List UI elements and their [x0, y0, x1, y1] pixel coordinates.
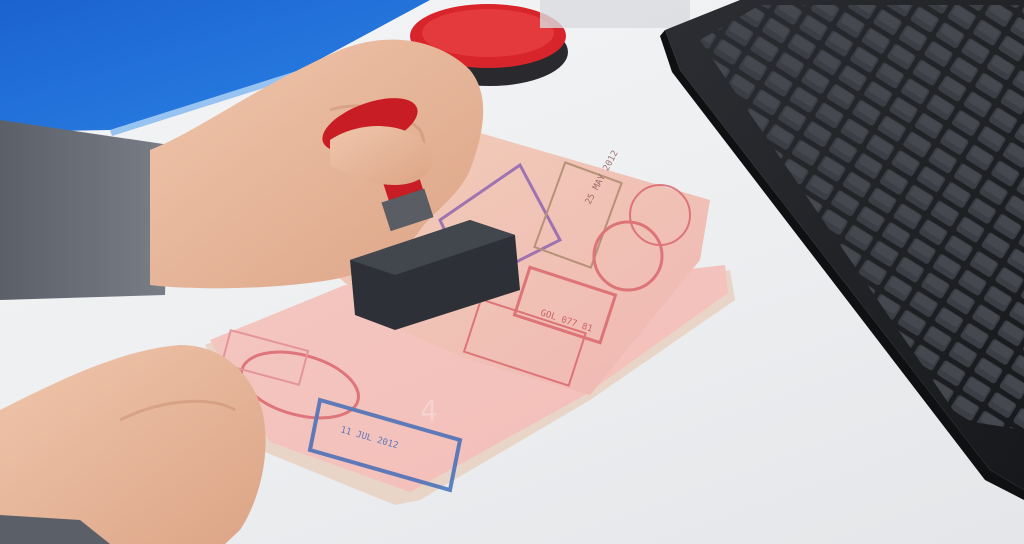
keyboard [660, 0, 1024, 500]
scene-illustration: 25 MAY 2012 GOL 077 81 11 JUL 2012 4 [0, 0, 1024, 544]
page-number: 4 [420, 394, 438, 427]
photo-scene: 25 MAY 2012 GOL 077 81 11 JUL 2012 4 [0, 0, 1024, 544]
holding-hand [0, 345, 266, 544]
